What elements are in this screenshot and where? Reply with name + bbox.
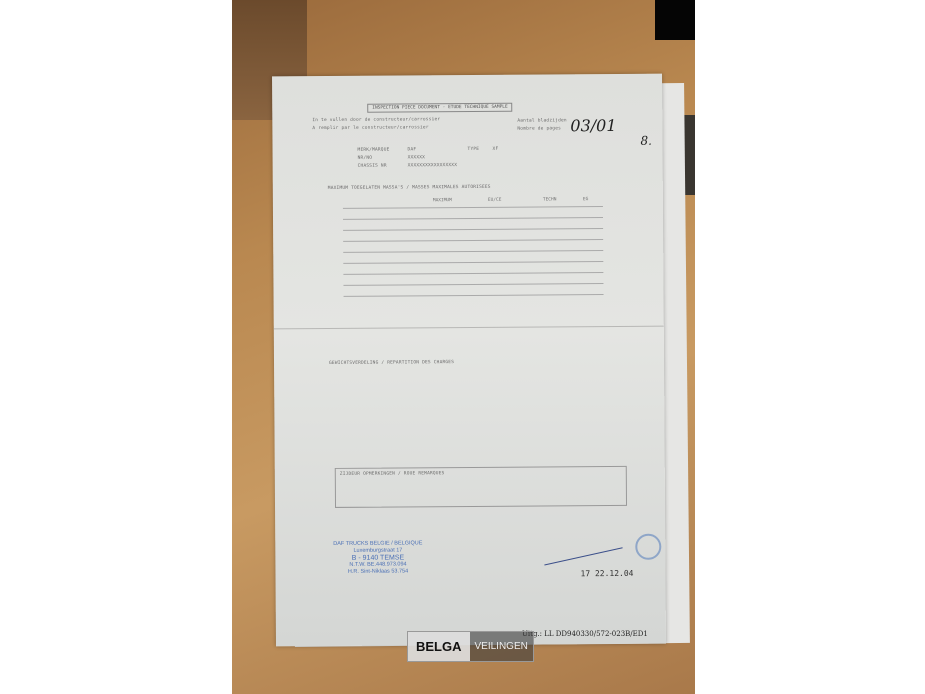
document-sheet: INSPECTION PIECE DOCUMENT - ETUDE TECHNI… bbox=[272, 74, 666, 647]
field-label: TYPE bbox=[468, 147, 480, 152]
field-label: NR/NO bbox=[358, 156, 373, 161]
watermark-brand: BELGA bbox=[408, 632, 470, 661]
section-title: GEWICHTSVERDELING / REPARTITION DES CHAR… bbox=[329, 360, 454, 366]
background-shadow bbox=[655, 0, 695, 40]
col-header: TECHN bbox=[543, 197, 557, 202]
fold-line bbox=[274, 326, 664, 330]
remarks-box: ZIJDEUR OPMERKINGEN / ROUE REMARQUES bbox=[335, 466, 627, 508]
document-title: INSPECTION PIECE DOCUMENT - ETUDE TECHNI… bbox=[367, 103, 513, 113]
header-left-1: In te vullen door de constructeur/carros… bbox=[312, 117, 440, 123]
col-header: EU/CE bbox=[488, 198, 502, 203]
field-value: XXXXXXXXXXXXXXXXX bbox=[408, 163, 458, 168]
header-left-2: A remplir par le constructeur/carrossier bbox=[312, 125, 428, 131]
photo: INSPECTION PIECE DOCUMENT - ETUDE TECHNI… bbox=[232, 0, 695, 694]
field-value: XXXXXX bbox=[408, 155, 426, 160]
header-right-2: Nombre de pages bbox=[517, 126, 561, 131]
seal-stamp bbox=[635, 534, 661, 560]
field-value: XF bbox=[493, 147, 499, 152]
field-label: MERK/MARQUE bbox=[358, 148, 390, 153]
remarks-title: ZIJDEUR OPMERKINGEN / ROUE REMARQUES bbox=[340, 471, 445, 477]
footer-reference: Uitg.: LL DD940330/572-023B/ED1 bbox=[522, 630, 648, 638]
company-stamp: DAF TRUCKS BELGIE / BELGIQUE Luxemburgst… bbox=[333, 540, 422, 576]
watermark-logo: BELGA VEILINGEN bbox=[407, 631, 534, 662]
signature bbox=[538, 518, 623, 565]
header-right-1: Aantal bladzijden bbox=[517, 118, 567, 123]
handwritten-page-number: 03/01 bbox=[570, 116, 616, 135]
col-header: EG bbox=[583, 197, 588, 202]
field-label: CHASSIS NR bbox=[358, 164, 387, 169]
table-title: MAXIMUM TOEGELATEN MASSA'S / MASSES MAXI… bbox=[328, 185, 491, 191]
mass-table: MAXIMUMEU/CETECHNEG bbox=[343, 196, 604, 297]
stamped-date: 17 22.12.04 bbox=[580, 569, 633, 578]
col-header: MAXIMUM bbox=[433, 198, 452, 203]
watermark-sub: VEILINGEN bbox=[470, 632, 533, 661]
handwritten-mark: 8. bbox=[640, 134, 652, 148]
field-value: DAF bbox=[408, 147, 417, 152]
stamp-line: H.R. Sint-Niklaas 53.754 bbox=[333, 568, 422, 576]
